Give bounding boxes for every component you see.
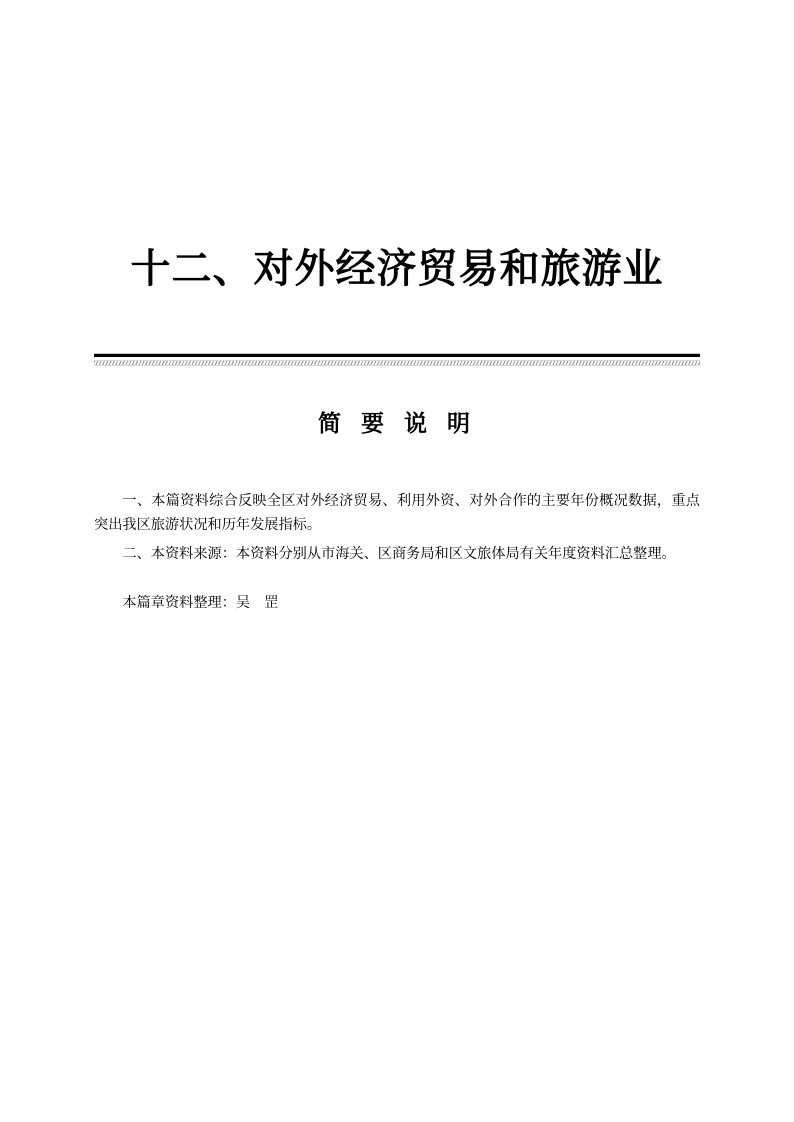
decorative-divider [94,353,700,366]
page-content: 十二、对外经济贸易和旅游业 简 要 说 明 一、本篇资料综合反映全区对外经济贸易… [0,243,794,615]
body-paragraphs: 一、本篇资料综合反映全区对外经济贸易、利用外资、对外合作的主要年份概况数据，重点… [94,489,700,566]
divider-hatch-band [94,360,700,366]
section-heading: 简 要 说 明 [94,412,700,436]
document-page: 十二、对外经济贸易和旅游业 简 要 说 明 一、本篇资料综合反映全区对外经济贸易… [0,0,794,1122]
compiler-credit-line: 本篇章资料整理：吴 罡 [94,591,700,615]
paragraph-1: 一、本篇资料综合反映全区对外经济贸易、利用外资、对外合作的主要年份概况数据，重点… [94,489,700,537]
chapter-title: 十二、对外经济贸易和旅游业 [94,243,700,295]
paragraph-2: 二、本资料来源：本资料分别从市海关、区商务局和区文旅体局有关年度资料汇总整理。 [94,542,700,566]
